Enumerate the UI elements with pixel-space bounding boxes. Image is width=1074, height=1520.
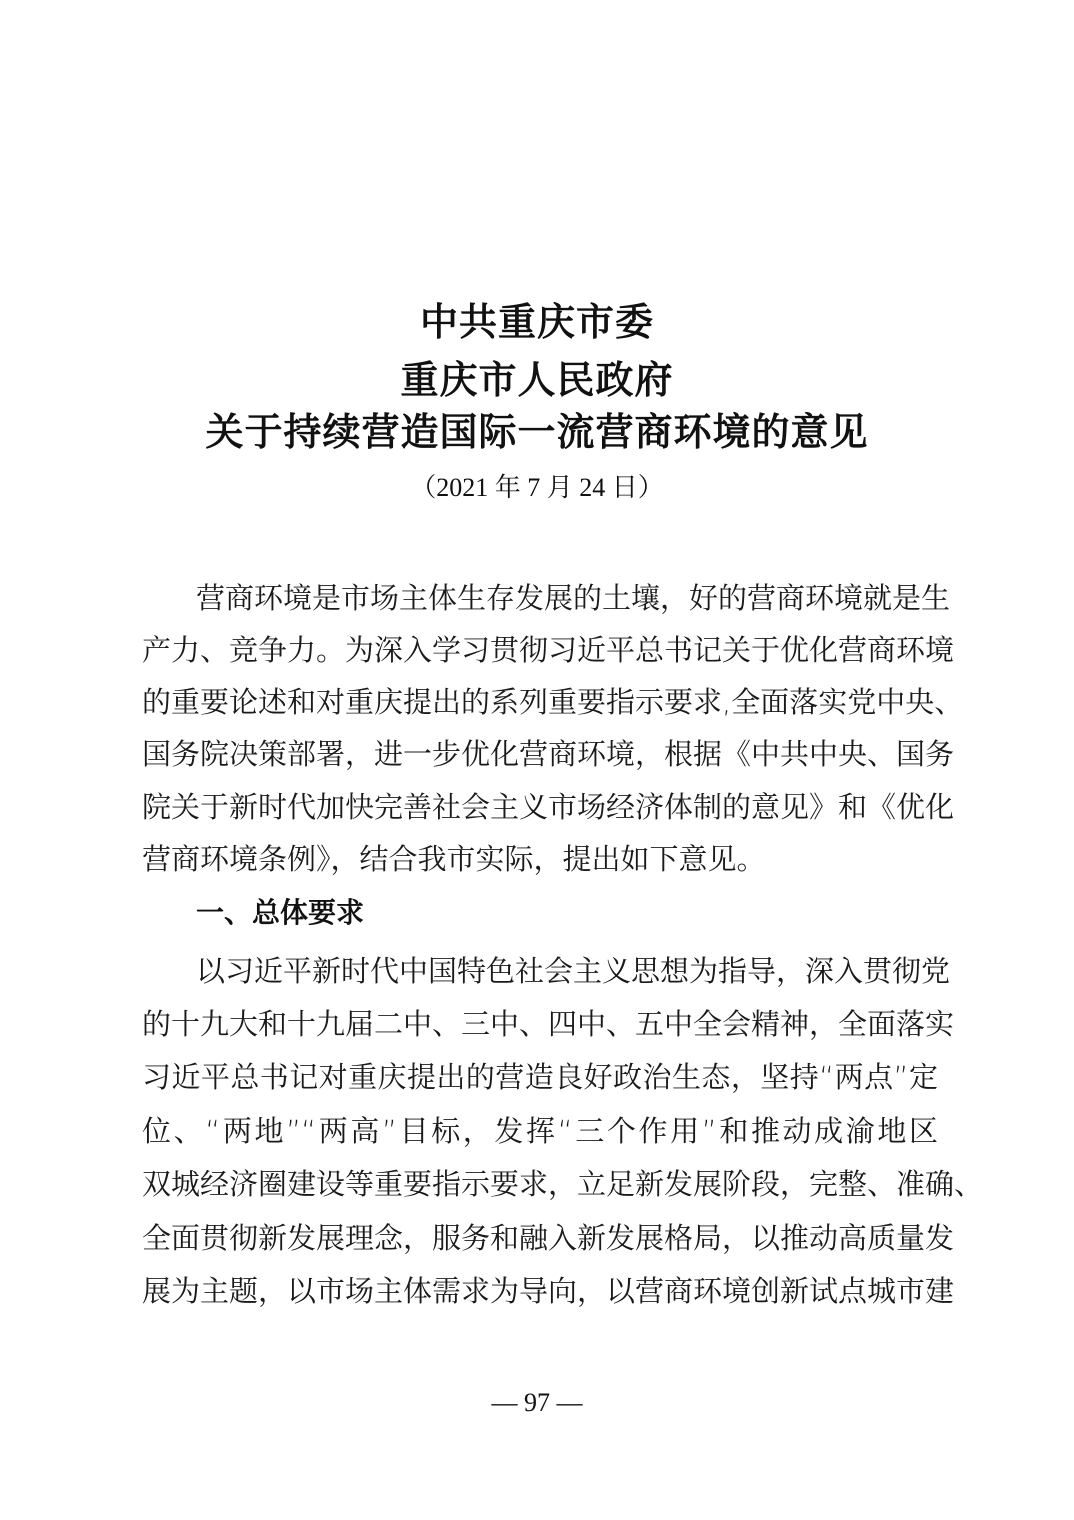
paragraph-1-line-4: 国务院决策部署，进一步优化营商环境，根据《中共中央、国务	[142, 736, 938, 772]
paragraph-1-line-1: 营商环境是市场主体生存发展的土壤，好的营商环境就是生	[196, 580, 938, 616]
page-number: — 97 —	[0, 1388, 1074, 1418]
document-date: （2021 年 7 月 24 日）	[0, 472, 1074, 504]
paragraph-2-line-2: 的十九大和十九届二中、三中、四中、五中全会精神，全面落实	[142, 1006, 938, 1042]
paragraph-1-line-5: 院关于新时代加快完善社会主义市场经济体制的意见》和《优化	[142, 789, 938, 825]
paragraph-1-line-6: 营商环境条例》，结合我市实际，提出如下意见。	[142, 841, 938, 877]
paragraph-2-line-5: 双城经济圈建设等重要指示要求，立足新发展阶段，完整、准确、	[142, 1166, 938, 1202]
paragraph-1-line-3: 的重要论述和对重庆提出的系列重要指示要求,全面落实党中央、	[142, 684, 938, 720]
paragraph-1-line-2: 产力、竞争力。为深入学习贯彻习近平总书记关于优化营商环境	[142, 632, 938, 668]
paragraph-2-line-4: 位、“两地”“两高”目标，发挥“三个作用”和推动成渝地区	[142, 1113, 938, 1149]
title-issuer-government: 重庆市人民政府	[0, 358, 1074, 402]
document-title: 关于持续营造国际一流营商环境的意见	[0, 410, 1074, 454]
paragraph-2-line-1: 以习近平新时代中国特色社会主义思想为指导，深入贯彻党	[196, 953, 938, 989]
paragraph-2-line-3: 习近平总书记对重庆提出的营造良好政治生态，坚持“两点”定	[142, 1059, 938, 1095]
title-issuer-party-committee: 中共重庆市委	[0, 300, 1074, 344]
document-page: 中共重庆市委 重庆市人民政府 关于持续营造国际一流营商环境的意见 （2021 年…	[0, 0, 1074, 1520]
section-heading: 一、总体要求	[196, 895, 364, 931]
paragraph-2-line-6: 全面贯彻新发展理念，服务和融入新发展格局，以推动高质量发	[142, 1220, 938, 1256]
paragraph-2-line-7: 展为主题，以市场主体需求为导向，以营商环境创新试点城市建	[142, 1273, 938, 1309]
